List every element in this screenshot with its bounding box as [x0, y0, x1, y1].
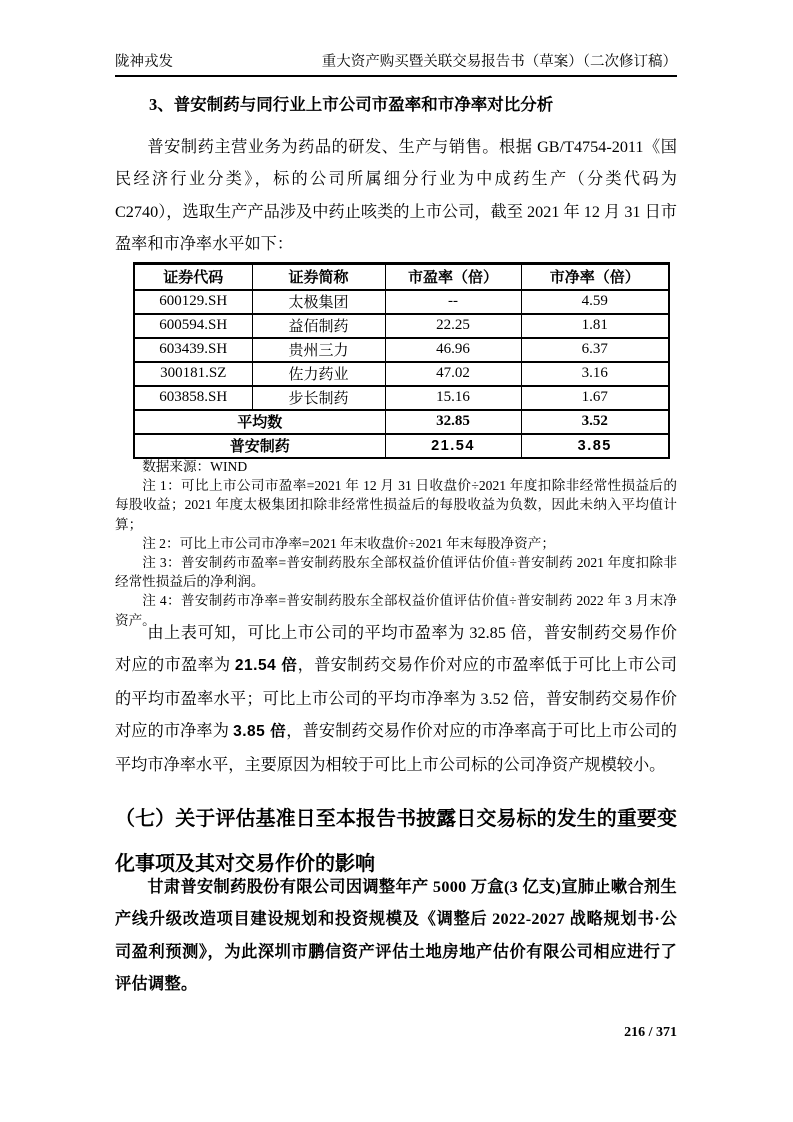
column-header-name: 证券简称: [252, 264, 385, 290]
table-row: 600129.SH 太极集团 -- 4.59: [134, 290, 669, 314]
target-pb: 3.85: [521, 434, 669, 458]
cell-pb: 4.59: [521, 290, 669, 314]
section-3-heading: 3、普安制药与同行业上市公司市盈率和市净率对比分析: [115, 93, 677, 117]
cell-name: 步长制药: [252, 386, 385, 410]
cell-code: 300181.SZ: [134, 362, 252, 386]
cell-pb: 1.67: [521, 386, 669, 410]
analysis-bold-pb: 3.85 倍: [233, 723, 286, 740]
cell-pe: 22.25: [385, 314, 521, 338]
table-row: 603439.SH 贵州三力 46.96 6.37: [134, 338, 669, 362]
table-row: 603858.SH 步长制药 15.16 1.67: [134, 386, 669, 410]
target-row-label: 普安制药: [134, 434, 385, 458]
table-row: 600594.SH 益佰制药 22.25 1.81: [134, 314, 669, 338]
target-pe: 21.54: [385, 434, 521, 458]
cell-pe: 15.16: [385, 386, 521, 410]
analysis-paragraph: 由上表可知，可比上市公司的平均市盈率为 32.85 倍，普安制药交易作价对应的市…: [115, 617, 677, 781]
note-2: 注 2：可比上市公司市净率=2021 年末收盘价÷2021 年末每股净资产；: [115, 534, 677, 553]
cell-pb: 1.81: [521, 314, 669, 338]
cell-name: 贵州三力: [252, 338, 385, 362]
cell-pb: 3.16: [521, 362, 669, 386]
section-7-paragraph: 甘肃普安制药股份有限公司因调整年产 5000 万盒(3 亿支)宣肺止嗽合剂生产线…: [115, 871, 677, 1001]
table-row: 300181.SZ 佐力药业 47.02 3.16: [134, 362, 669, 386]
note-1: 注 1：可比上市公司市盈率=2021 年 12 月 31 日收盘价÷2021 年…: [115, 476, 677, 534]
average-pb: 3.52: [521, 410, 669, 434]
document-page: 陇神戎发 重大资产购买暨关联交易报告书（草案）（二次修订稿） 3、普安制药与同行…: [0, 0, 793, 1122]
cell-name: 益佰制药: [252, 314, 385, 338]
column-header-pb: 市净率（倍）: [521, 264, 669, 290]
pe-pb-comparison-table: 证券代码 证券简称 市盈率（倍） 市净率（倍） 600129.SH 太极集团 -…: [133, 262, 670, 459]
data-source-note: 数据来源：WIND: [115, 457, 677, 476]
average-row-label: 平均数: [134, 410, 385, 434]
analysis-bold-pe: 21.54 倍: [235, 657, 298, 674]
column-header-code: 证券代码: [134, 264, 252, 290]
average-pe: 32.85: [385, 410, 521, 434]
cell-code: 603439.SH: [134, 338, 252, 362]
column-header-pe: 市盈率（倍）: [385, 264, 521, 290]
table-average-row: 平均数 32.85 3.52: [134, 410, 669, 434]
page-content: 陇神戎发 重大资产购买暨关联交易报告书（草案）（二次修订稿） 3、普安制药与同行…: [115, 0, 677, 1122]
note-3: 注 3：普安制药市盈率=普安制药股东全部权益价值评估价值÷普安制药 2021 年…: [115, 553, 677, 591]
header-company-name: 陇神戎发: [115, 53, 173, 71]
table-notes: 数据来源：WIND 注 1：可比上市公司市盈率=2021 年 12 月 31 日…: [115, 457, 677, 630]
table-target-row: 普安制药 21.54 3.85: [134, 434, 669, 458]
cell-name: 佐力药业: [252, 362, 385, 386]
cell-pe: 46.96: [385, 338, 521, 362]
cell-code: 600129.SH: [134, 290, 252, 314]
header-document-title: 重大资产购买暨关联交易报告书（草案）（二次修订稿）: [322, 53, 677, 71]
cell-code: 603858.SH: [134, 386, 252, 410]
table-header-row: 证券代码 证券简称 市盈率（倍） 市净率（倍）: [134, 264, 669, 290]
cell-pe: --: [385, 290, 521, 314]
cell-pe: 47.02: [385, 362, 521, 386]
intro-paragraph: 普安制药主营业务为药品的研发、生产与销售。根据 GB/T4754-2011《国民…: [115, 131, 677, 261]
cell-name: 太极集团: [252, 290, 385, 314]
page-number: 216 / 371: [624, 1025, 677, 1041]
cell-pb: 6.37: [521, 338, 669, 362]
cell-code: 600594.SH: [134, 314, 252, 338]
running-header: 陇神戎发 重大资产购买暨关联交易报告书（草案）（二次修订稿）: [115, 53, 677, 77]
